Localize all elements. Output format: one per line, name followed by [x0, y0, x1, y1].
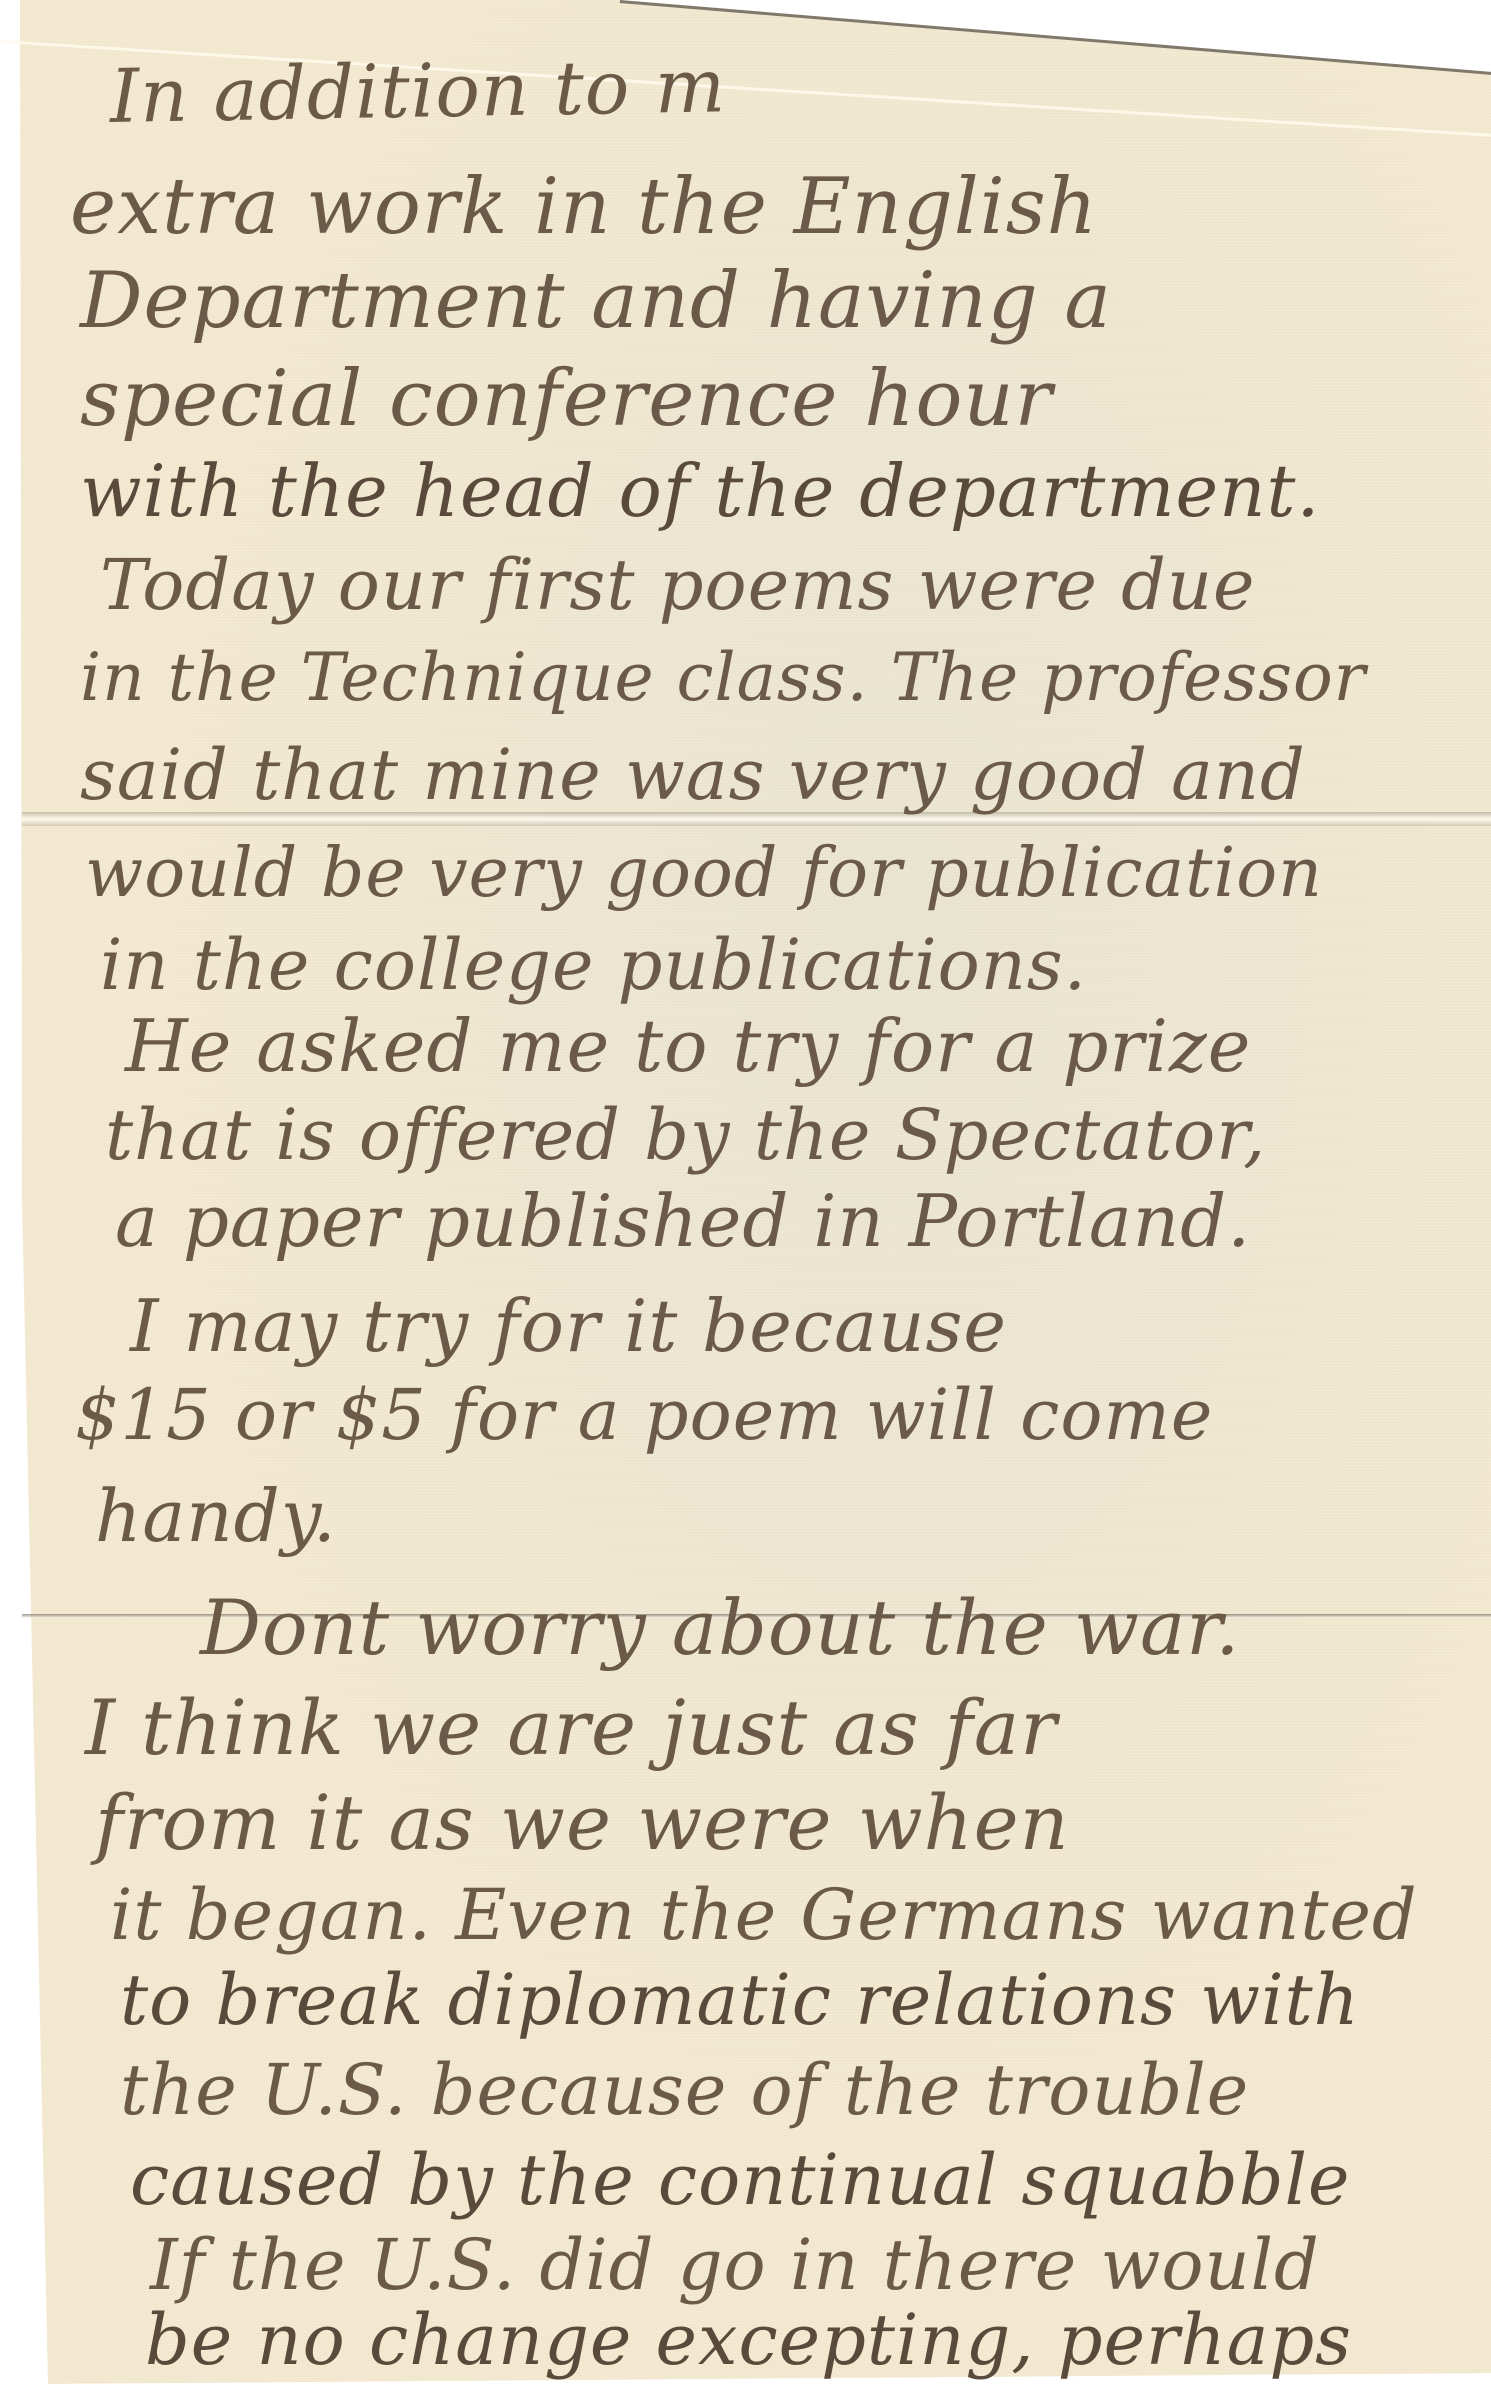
text-line: from it as we were when: [95, 1785, 1070, 1861]
text-line: the U.S. because of the trouble: [120, 2055, 1249, 2125]
handwritten-text: In addition to m extra work in the Engli…: [0, 0, 1491, 2390]
text-line: He asked me to try for a prize: [125, 1010, 1251, 1082]
text-line: special conference hour: [80, 360, 1053, 438]
text-line: to break diplomatic relations with: [120, 1965, 1360, 2035]
text-line: would be very good for publication: [85, 840, 1323, 908]
text-line: In addition to m: [109, 49, 726, 134]
text-line: I may try for it because: [130, 1290, 1007, 1362]
text-line: extra work in the English: [70, 168, 1098, 246]
text-line: Dont worry about the war.: [200, 1590, 1240, 1666]
text-line: be no change excepting, perhaps: [145, 2305, 1352, 2375]
text-line: in the college publications.: [100, 930, 1087, 1000]
text-line: Department and having a: [80, 262, 1112, 340]
scanned-page: In addition to m extra work in the Engli…: [0, 0, 1491, 2390]
text-line: caused by the continual squabble: [130, 2145, 1350, 2215]
text-line: Today our first poems were due: [100, 550, 1255, 620]
text-line: a paper published in Portland.: [115, 1185, 1251, 1257]
text-line: with the head of the department.: [80, 455, 1320, 527]
text-line: in the Technique class. The professor: [80, 645, 1366, 711]
text-line: If the U.S. did go in there would: [150, 2230, 1320, 2300]
text-line: handy.: [95, 1480, 337, 1552]
text-line: it began. Even the Germans wanted: [110, 1880, 1418, 1950]
text-line: $15 or $5 for a poem will come: [75, 1380, 1213, 1450]
text-line: I think we are just as far: [85, 1690, 1058, 1766]
text-line: that is offered by the Spectator,: [105, 1100, 1266, 1170]
text-line: said that mine was very good and: [80, 740, 1306, 810]
